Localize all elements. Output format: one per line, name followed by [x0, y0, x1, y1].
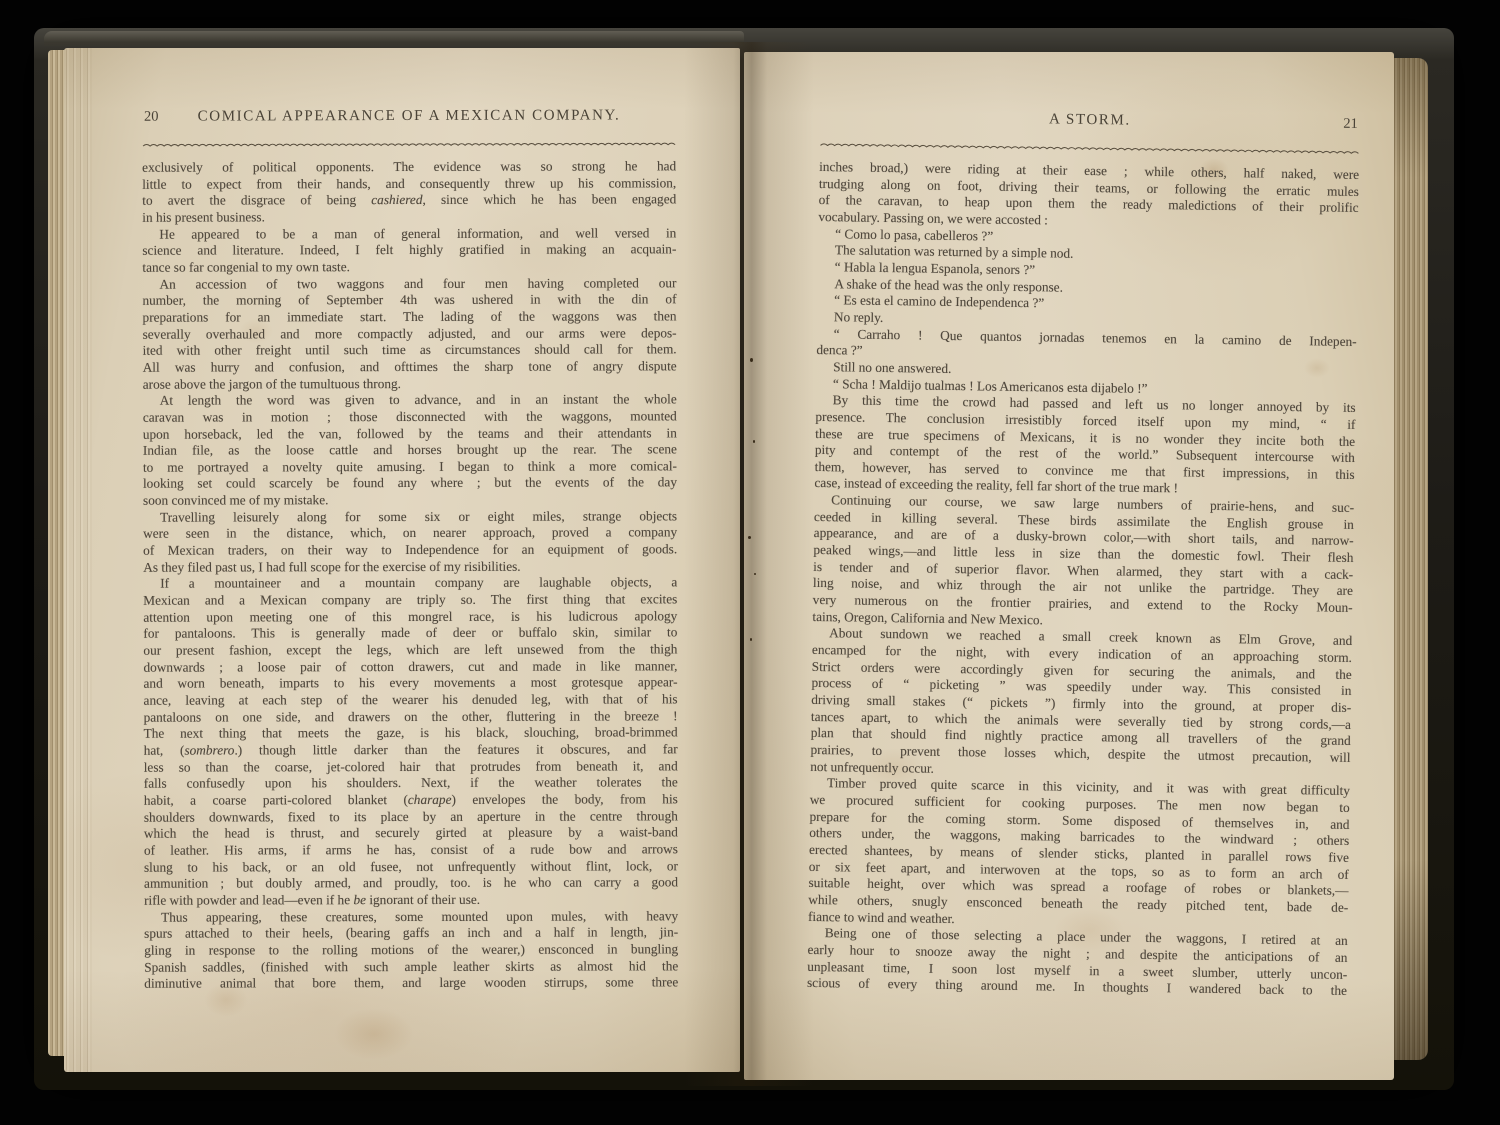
- text-line: pantaloons on one side, and drawers on t…: [144, 708, 678, 726]
- text-line: Thus appearing, these creatures, some mo…: [144, 908, 678, 926]
- text-line: little to expect from their hands, and c…: [142, 175, 676, 193]
- text-line: shoulders downwards, fixed to its place …: [144, 808, 678, 826]
- text-line: were seen in the distance, which, on nea…: [143, 525, 677, 543]
- book: 20 COMICAL APPEARANCE OF A MEXICAN COMPA…: [34, 28, 1454, 1090]
- text-line: attention upon meeting one of this mongr…: [143, 608, 677, 626]
- text-line: our present fashion, except the legs, wh…: [143, 641, 677, 659]
- text-line: in his present business.: [142, 208, 676, 226]
- right-page-number: 21: [1343, 116, 1358, 133]
- text-line: rifle with powder and lead—even if he be…: [144, 891, 678, 909]
- wavy-rule: [142, 140, 676, 148]
- text-line: and worn beneath, imparts to his every m…: [143, 675, 677, 693]
- left-page-body: exclusively of political opponents. The …: [142, 158, 678, 992]
- photo-background: { "book": { "colors": { "background": "#…: [0, 0, 1500, 1125]
- text-line: ance, leaving at each step of the wearer…: [144, 691, 678, 709]
- left-page-text: 20 COMICAL APPEARANCE OF A MEXICAN COMPA…: [142, 107, 678, 992]
- text-line: to me portrayed a novelty quite amusing.…: [143, 458, 677, 476]
- text-line: for pantaloons. This is generally made o…: [143, 625, 677, 643]
- text-line: which the head is thrust, and securely g…: [144, 825, 678, 843]
- text-line: An accession of two waggons and four men…: [142, 275, 676, 293]
- text-line: downwards ; a loose pair of cotton drawe…: [143, 658, 677, 676]
- text-line: The next thing that meets the gaze, is h…: [144, 725, 678, 743]
- text-line: arose above the jargon of the tumultuous…: [143, 375, 677, 393]
- text-line: science and literature. Indeed, I felt h…: [142, 242, 676, 260]
- text-line: slung to his back, or an old fusee, not …: [144, 858, 678, 876]
- text-line: ammunition ; but doubly armed, and proud…: [144, 875, 678, 893]
- left-page-header: 20 COMICAL APPEARANCE OF A MEXICAN COMPA…: [142, 107, 676, 132]
- text-line: severally overhauled and more compactly …: [143, 325, 677, 343]
- text-line: At length the word was given to advance,…: [143, 391, 677, 409]
- text-line: hat, (sombrero.) though little darker th…: [144, 741, 678, 759]
- right-page-body: inches broad,) were riding at their ease…: [807, 159, 1359, 1000]
- text-line: If a mountaineer and a mountain company …: [143, 575, 677, 593]
- text-line: Travelling leisurely along for some six …: [143, 508, 677, 526]
- left-page-edge-lines: [66, 48, 92, 1072]
- text-line: of leather. His arms, if arms he has, co…: [144, 841, 678, 859]
- text-line: soon convinced me of my mistake.: [143, 491, 677, 509]
- text-line: to avert the disgrace of being cashiered…: [142, 192, 676, 210]
- text-line: preparations for an immediate start. The…: [143, 308, 677, 326]
- right-page-text: A STORM. 21 inches broad,) were riding a…: [807, 108, 1360, 1000]
- text-line: caravan was in motion ; those disconnect…: [143, 408, 677, 426]
- text-line: habit, a coarse parti-colored blanket (c…: [144, 791, 678, 809]
- text-line: exclusively of political opponents. The …: [142, 158, 676, 176]
- fore-edge-right: [1390, 58, 1428, 1060]
- text-line: number, the morning of September 4th was…: [142, 292, 676, 310]
- text-line: spurs attached to their heels, (bearing …: [144, 924, 678, 942]
- text-line: falls confusedly upon his shoulders. Nex…: [144, 775, 678, 793]
- text-line: Spanish saddles, (finished with such amp…: [144, 958, 678, 976]
- text-line: of Mexican traders, on their way to Inde…: [143, 541, 677, 559]
- text-line: Indian file, as the loose cattle and hor…: [143, 441, 677, 459]
- text-line: He appeared to be a man of general infor…: [142, 225, 676, 243]
- text-line: As they filed past us, I had full scope …: [143, 558, 677, 576]
- book-cover-top-edge: [44, 31, 744, 47]
- text-line: gling in response to the rolling motions…: [144, 941, 678, 959]
- text-line: less so than the coarse, jet-colored hai…: [144, 758, 678, 776]
- text-line: Mexican and a Mexican company are triply…: [143, 591, 677, 609]
- text-line: All was hurry and confusion, and ofttime…: [143, 358, 677, 376]
- wavy-rule: [819, 141, 1359, 156]
- text-line: ited with other freight until such time …: [143, 342, 677, 360]
- left-running-title: COMICAL APPEARANCE OF A MEXICAN COMPANY.: [142, 107, 676, 125]
- text-line: upon horseback, led the van, followed by…: [143, 425, 677, 443]
- text-line: diminutive animal that bore them, and la…: [144, 974, 678, 992]
- text-line: tance so far congenial to my own taste.: [142, 258, 676, 276]
- text-line: looking set could scarcely be found any …: [143, 475, 677, 493]
- left-page-number: 20: [144, 109, 159, 126]
